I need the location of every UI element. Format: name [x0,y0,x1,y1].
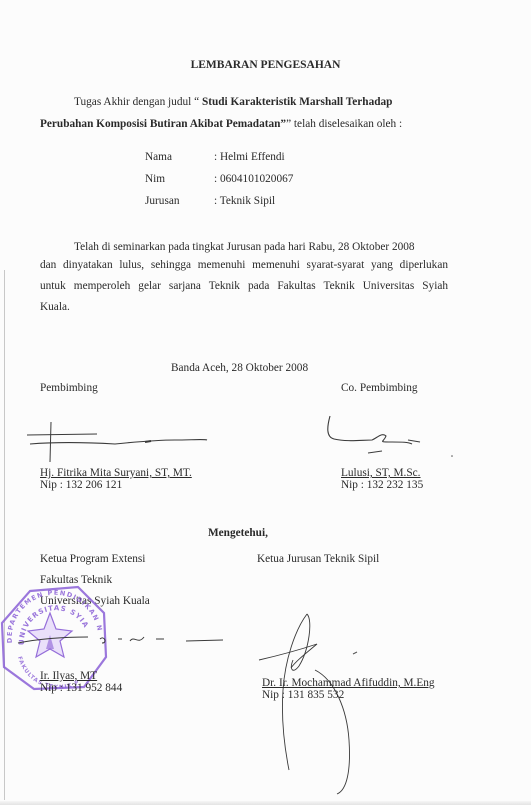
co-supervisor-nip: Nip : 132 232 135 [341,478,423,492]
student-label-nim: Nim [145,172,165,186]
statement-line-3: untuk memperoleh gelar sarjana Teknik pa… [40,276,448,297]
page-edge-left [4,270,5,800]
statement-line-1: Telah di seminarkan pada tingkat Jurusan… [74,240,415,254]
left-official-nip: Nip : 131 952 844 [40,681,122,695]
intro-suffix: ” telah diselesaikan oleh : [286,118,402,130]
intro-line-2: Perubahan Komposisi Butiran Akibat Pemad… [40,117,402,131]
statement-paragraph: dan dinyatakan lulus, sehingga memenuhi … [40,255,448,318]
page-edge-bottom [0,801,531,805]
co-supervisor-signature [322,412,462,462]
place-date: Banda Aceh, 28 Oktober 2008 [171,361,308,375]
student-label-jurusan: Jurusan [145,194,180,208]
thesis-title-line-1: Studi Karakteristik Marshall Terhadap [202,96,393,108]
left-official-signature [18,625,228,655]
page-title: LEMBARAN PENGESAHAN [0,58,531,72]
acknowledged-label: Mengetehui, [208,526,268,540]
student-label-name: Nama [145,150,172,164]
right-official-signature [255,610,375,800]
intro-prefix: Tugas Akhir dengan judul “ [74,96,202,108]
left-official-role-1: Ketua Program Extensi [40,552,145,566]
approval-page: LEMBARAN PENGESAHAN Tugas Akhir dengan j… [0,0,531,805]
supervisor-nip: Nip : 132 206 121 [40,478,122,492]
statement-line-4: Kuala. [40,297,448,318]
student-value-nim: : 0604101020067 [214,172,293,186]
intro-line-1: Tugas Akhir dengan judul “ Studi Karakte… [74,95,392,109]
co-supervisor-role: Co. Pembimbing [341,381,418,395]
supervisor-role: Pembimbing [40,381,98,395]
thesis-title-line-2: Perubahan Komposisi Butiran Akibat Pemad… [40,118,280,130]
right-official-role-1: Ketua Jurusan Teknik Sipil [257,552,379,566]
student-value-name: : Helmi Effendi [214,150,285,164]
right-official-nip: Nip : 131 835 532 [262,688,344,702]
student-value-jurusan: : Teknik Sipil [214,194,275,208]
statement-line-2: dan dinyatakan lulus, sehingga memenuhi … [40,255,448,276]
supervisor-signature [25,420,225,470]
